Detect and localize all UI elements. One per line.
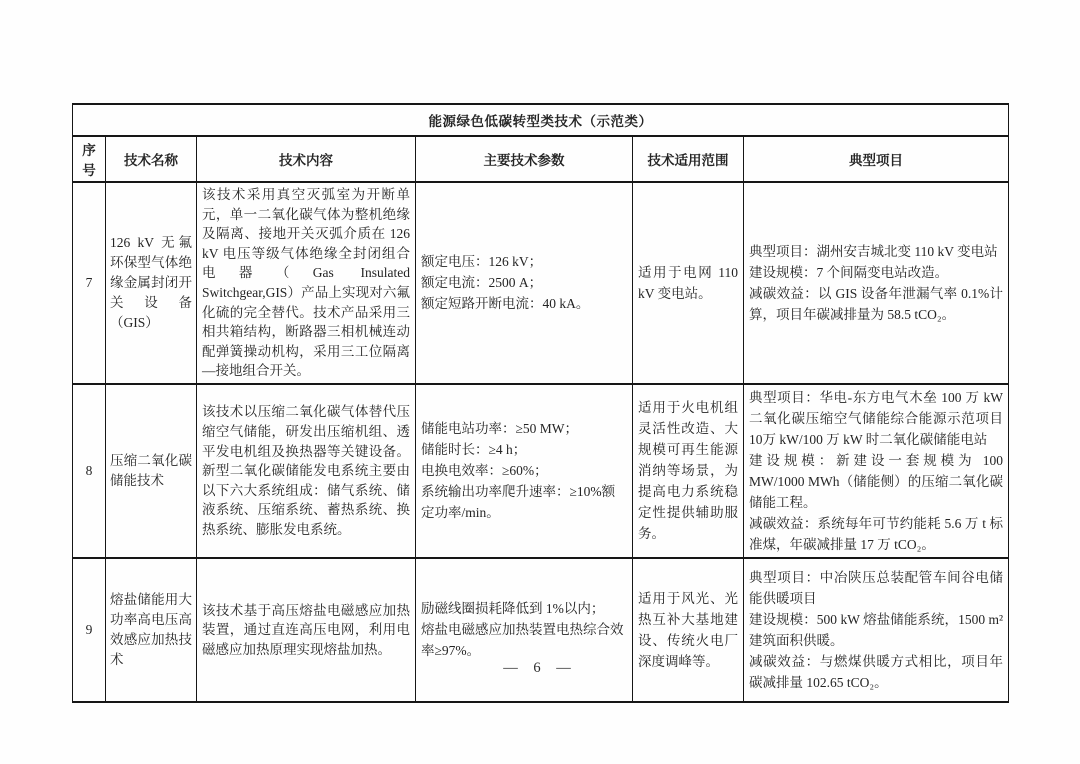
- row8-typical-project: 典型项目：华电-东方电气木垒 100 万 kW 二氧化碳压缩空气储能综合能源示范…: [744, 384, 1009, 558]
- row8-tech-content: 该技术以压缩二氧化碳气体替代压缩空气储能，研发出压缩机组、透平发电机组及换热器等…: [197, 384, 416, 558]
- technology-table: 能源绿色低碳转型类技术（示范类） 序号 技术名称 技术内容 主要技术参数 技术适…: [72, 103, 1009, 703]
- row9-tech-content: 该技术基于高压熔盐电磁感应加热装置，通过直连高压电网，利用电磁感应加热原理实现熔…: [197, 558, 416, 702]
- row7-typical-project: 典型项目：湖州安吉城北变 110 kV 变电站 建设规模：7 个间隔变电站改造。…: [744, 182, 1009, 384]
- row9-tech-scope: 适用于风光、光热互补大基地建设、传统火电厂深度调峰等。: [633, 558, 744, 702]
- row7-tech-scope: 适用于电网 110 kV 变电站。: [633, 182, 744, 384]
- col-header-content: 技术内容: [197, 136, 416, 182]
- col-header-params: 主要技术参数: [416, 136, 633, 182]
- col-header-no: 序号: [73, 136, 106, 182]
- col-header-scope: 技术适用范围: [633, 136, 744, 182]
- row8-tech-scope: 适用于火电机组灵活性改造、大规模可再生能源消纳等场景，为提高电力系统稳定性提供辅…: [633, 384, 744, 558]
- row9-tech-name: 熔盐储能用大功率高电压高效感应加热技术: [106, 558, 197, 702]
- row8-tech-name: 压缩二氧化碳储能技术: [106, 384, 197, 558]
- row9-no: 9: [73, 558, 106, 702]
- row7-tech-name: 126 kV 无氟环保型气体绝缘金属封闭开关设备（GIS）: [106, 182, 197, 384]
- document-page: 能源绿色低碳转型类技术（示范类） 序号 技术名称 技术内容 主要技术参数 技术适…: [0, 0, 1080, 764]
- row7-no: 7: [73, 182, 106, 384]
- table-row-8: 8 压缩二氧化碳储能技术 该技术以压缩二氧化碳气体替代压缩空气储能，研发出压缩机…: [73, 384, 1009, 558]
- table-row-7: 7 126 kV 无氟环保型气体绝缘金属封闭开关设备（GIS） 该技术采用真空灭…: [73, 182, 1009, 384]
- table-header-row: 序号 技术名称 技术内容 主要技术参数 技术适用范围 典型项目: [73, 136, 1009, 182]
- row8-no: 8: [73, 384, 106, 558]
- page-number: — 6 —: [0, 660, 1080, 677]
- table-title-row: 能源绿色低碳转型类技术（示范类）: [73, 104, 1009, 136]
- col-header-name: 技术名称: [106, 136, 197, 182]
- row7-tech-content: 该技术采用真空灭弧室为开断单元，单一二氧化碳气体为整机绝缘及隔离、接地开关灭弧介…: [197, 182, 416, 384]
- row8-tech-params: 储能电站功率：≥50 MW； 储能时长：≥4 h； 电换电效率：≥60%； 系统…: [416, 384, 633, 558]
- table-title: 能源绿色低碳转型类技术（示范类）: [73, 104, 1009, 136]
- table-row-9: 9 熔盐储能用大功率高电压高效感应加热技术 该技术基于高压熔盐电磁感应加热装置，…: [73, 558, 1009, 702]
- col-header-project: 典型项目: [744, 136, 1009, 182]
- row9-typical-project: 典型项目：中冶陕压总装配管车间谷电储能供暖项目 建设规模：500 kW 熔盐储能…: [744, 558, 1009, 702]
- row9-tech-params: 励磁线圈损耗降低到 1%以内； 熔盐电磁感应加热装置电热综合效率≥97%。: [416, 558, 633, 702]
- row7-tech-params: 额定电压：126 kV； 额定电流：2500 A； 额定短路开断电流：40 kA…: [416, 182, 633, 384]
